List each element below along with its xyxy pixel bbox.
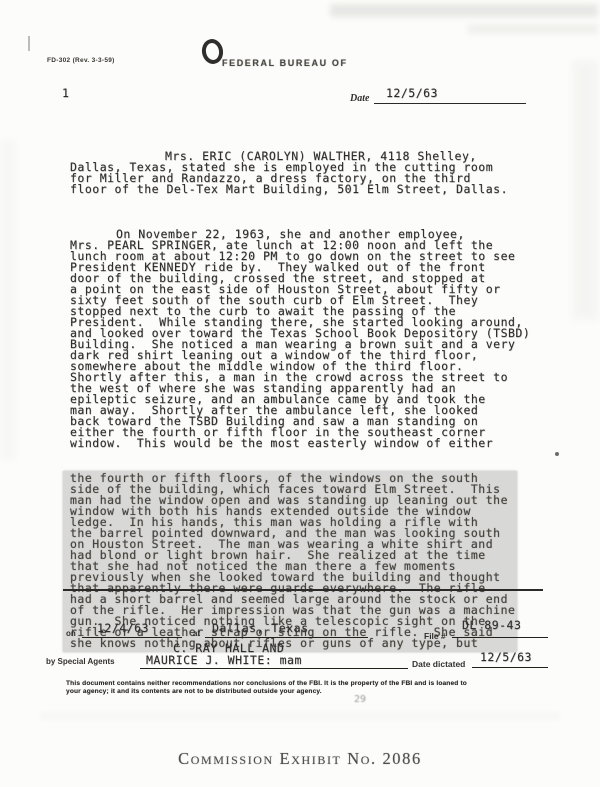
interview-date-value: 12/4/63	[97, 621, 149, 635]
divider-rule	[63, 589, 543, 591]
date-dictated-label: Date dictated	[412, 659, 465, 669]
disclaimer-text: This document contains neither recommend…	[66, 680, 548, 696]
interview-location-value: Dallas, Texas	[212, 621, 309, 635]
date-value: 12/5/63	[386, 86, 438, 100]
file-number-label: File #	[424, 631, 446, 641]
date-label: Date	[350, 93, 369, 104]
interview-date-label: on	[66, 629, 76, 638]
scan-smudge	[468, 24, 598, 34]
text-line: window. This would be the most easterly …	[70, 438, 560, 449]
page-number: 1	[62, 86, 69, 100]
scan-corner-mark	[28, 36, 30, 51]
text-line: floor of the Del-Tex Mart Building, 501 …	[70, 184, 560, 195]
form-number-label: FD-302 (Rev. 3-3-59)	[47, 57, 115, 64]
exhibit-caption: Commission Exhibit No. 2086	[0, 749, 600, 769]
by-special-agents-label: by Special Agents	[46, 657, 115, 666]
paragraph-employment: Mrs. ERIC (CAROLYN) WALTHER, 4118 Shelle…	[70, 151, 560, 195]
scanned-fbi-report-page: FD-302 (Rev. 3-3-59) FEDERAL BUREAU OF 1…	[0, 0, 600, 787]
text-line: she knows nothing about rifles or guns o…	[70, 638, 517, 649]
interview-location-label: at	[193, 629, 200, 638]
paragraph-account: On November 22, 1963, she and another em…	[70, 229, 560, 449]
file-number-value: DL 89-43	[462, 618, 521, 632]
date-dictated-value: 12/5/63	[480, 650, 532, 664]
scan-smudge	[0, 140, 16, 460]
agent-name-line2: MAURICE J. WHITE: mam	[146, 653, 302, 667]
disclaimer-line: This document contains neither recommend…	[66, 680, 548, 688]
scan-smudge	[40, 712, 560, 720]
report-body: Mrs. ERIC (CAROLYN) WALTHER, 4118 Shelle…	[70, 129, 560, 674]
faint-page-stamp: 29	[354, 694, 366, 705]
disclaimer-line: your agency; it and its contents are not…	[66, 688, 548, 696]
agency-header: FEDERAL BUREAU OF	[222, 58, 348, 68]
scan-smudge	[572, 60, 598, 320]
scan-smudge	[330, 4, 598, 17]
